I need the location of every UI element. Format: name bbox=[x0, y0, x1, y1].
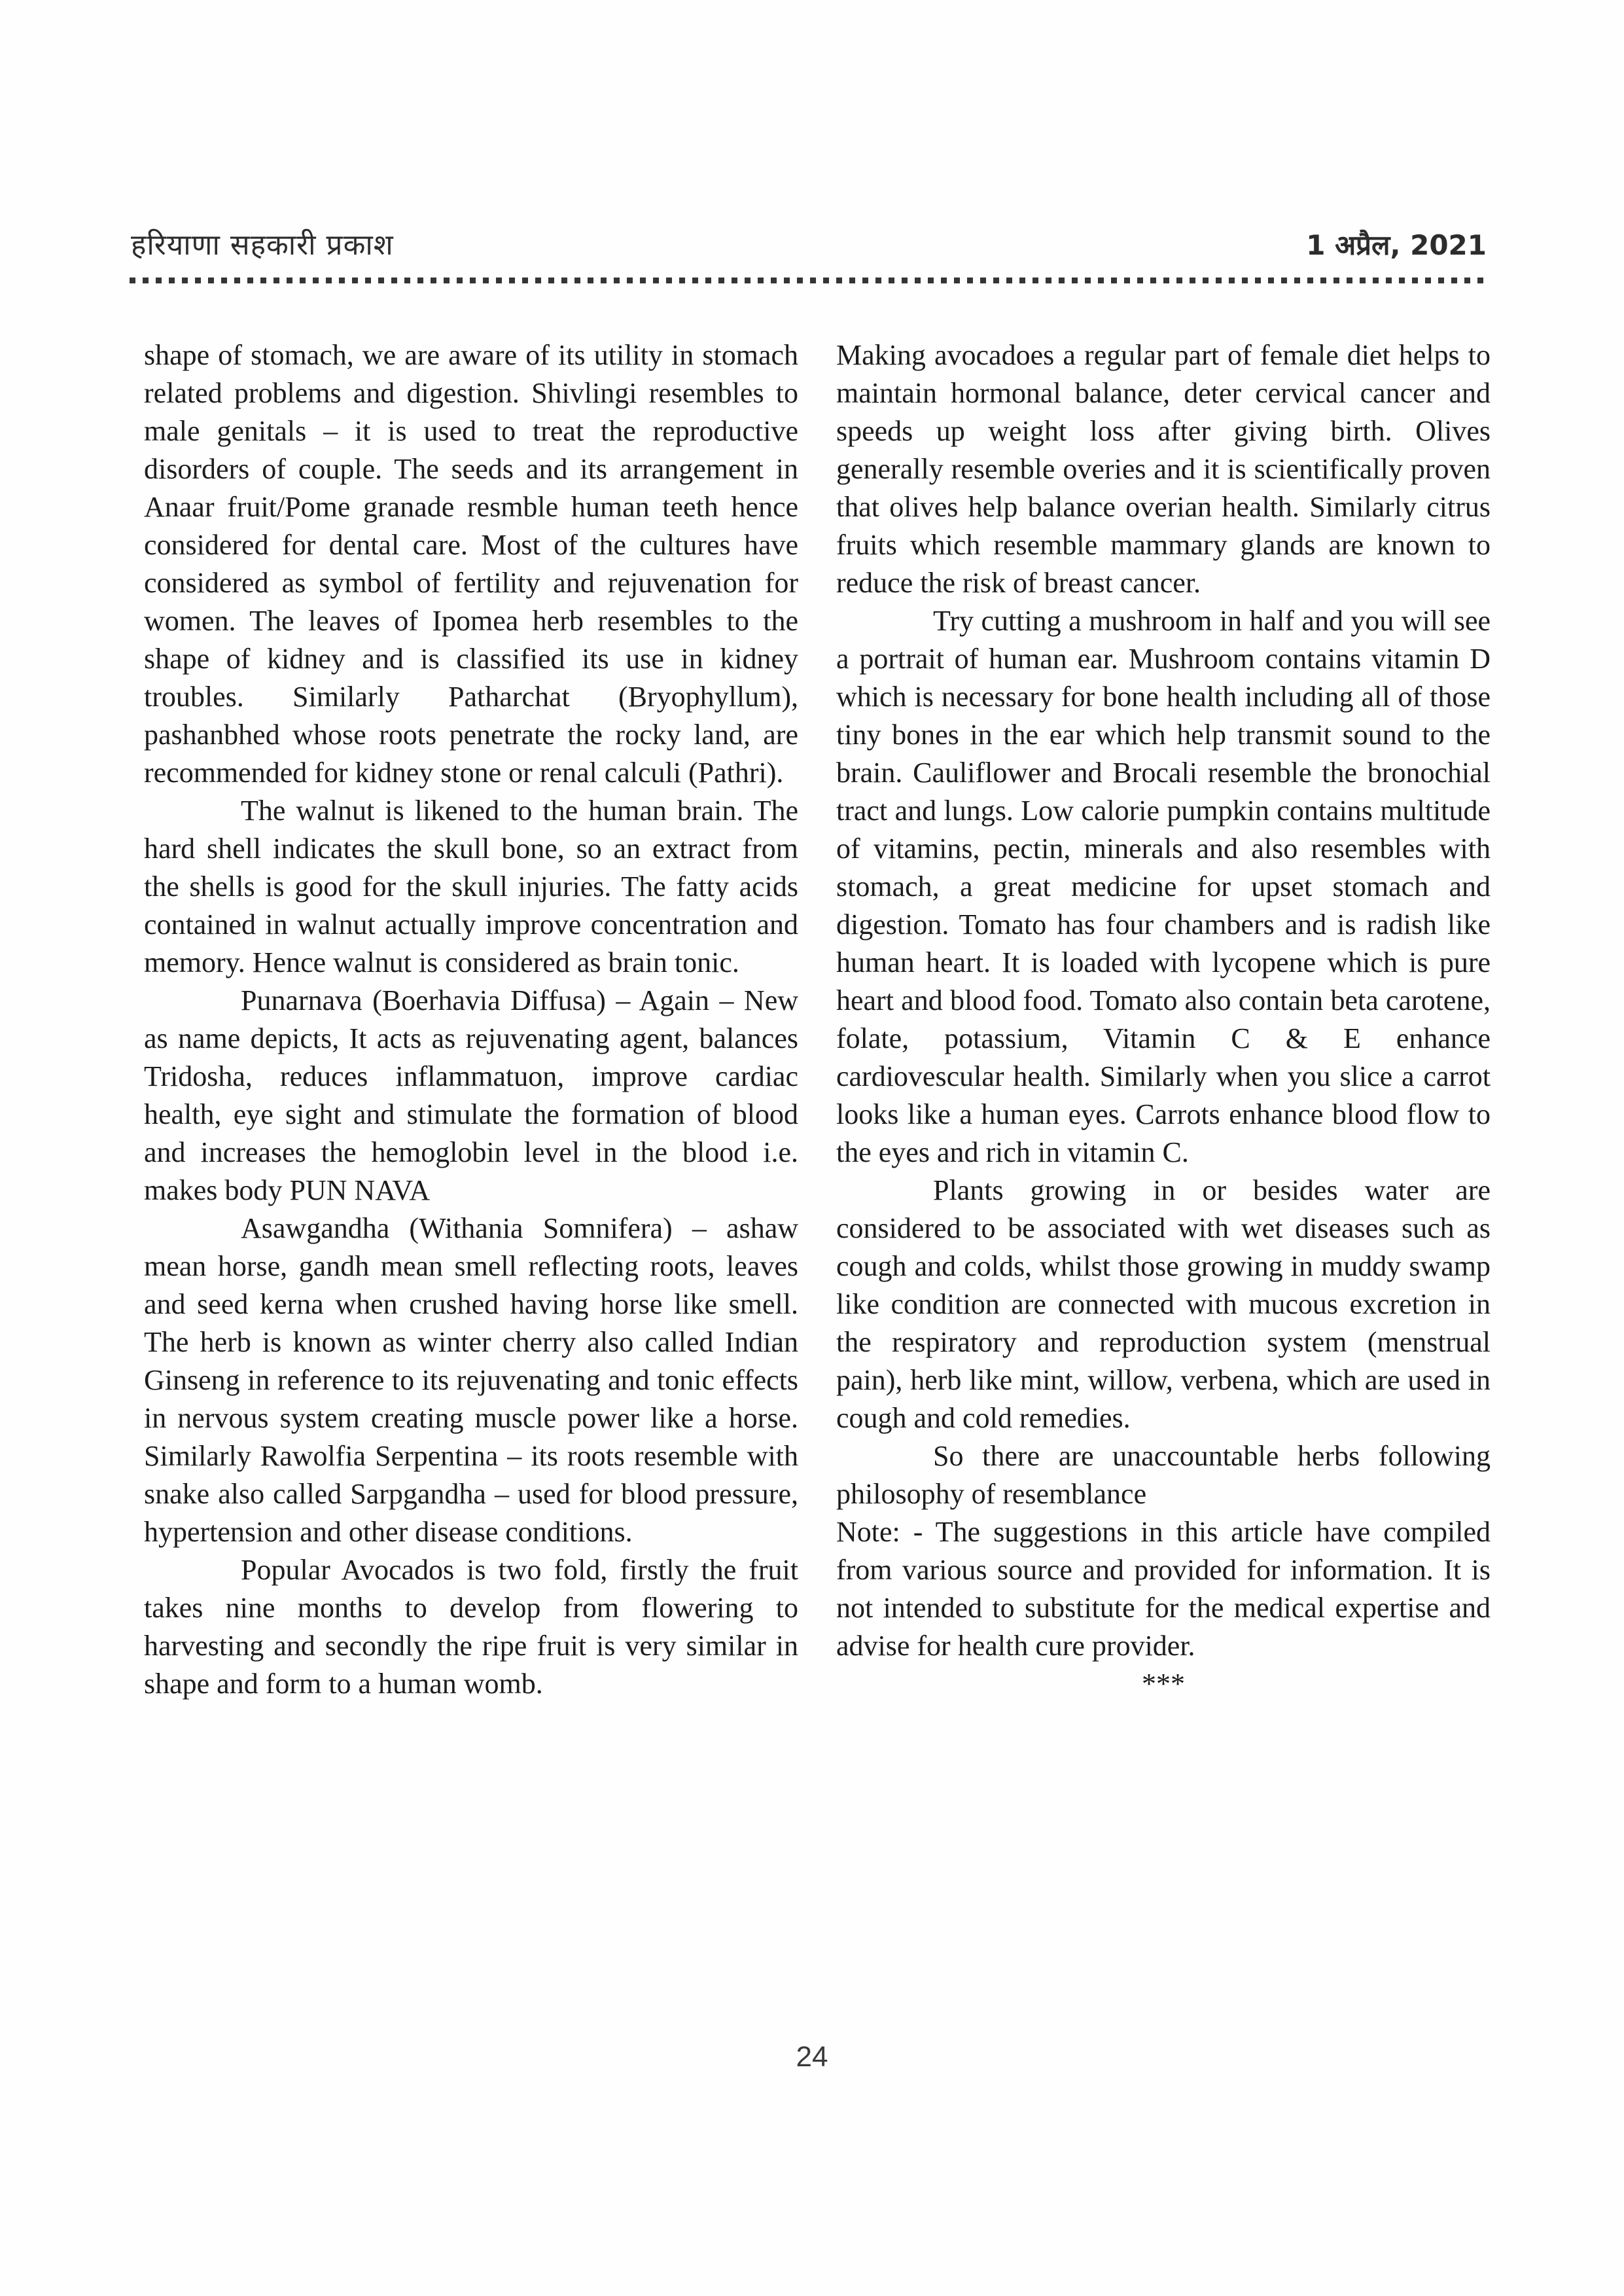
paragraph: The walnut is likened to the human brain… bbox=[144, 792, 798, 982]
paragraph: Punarnava (Boerhavia Diffusa) – Again – … bbox=[144, 982, 798, 1210]
paragraph: Plants growing in or besides water are c… bbox=[836, 1172, 1491, 1437]
page-header: हरियाणा सहकारी प्रकाश 1 अप्रैल, 2021 bbox=[131, 224, 1487, 263]
article-body: shape of stomach, we are aware of its ut… bbox=[144, 336, 1491, 1703]
dotted-divider bbox=[130, 278, 1489, 283]
right-column: Making avocadoes a regular part of femal… bbox=[836, 336, 1491, 1703]
paragraph: Asawgandha (Withania Somnifera) – ashaw … bbox=[144, 1210, 798, 1551]
paragraph: Popular Avocados is two fold, firstly th… bbox=[144, 1551, 798, 1703]
issue-date: 1 अप्रैल, 2021 bbox=[1306, 226, 1487, 263]
paragraph: shape of stomach, we are aware of its ut… bbox=[144, 336, 798, 792]
paragraph: Note: - The suggestions in this article … bbox=[836, 1513, 1491, 1665]
paragraph: So there are unaccountable herbs followi… bbox=[836, 1437, 1491, 1513]
paragraph: Making avocadoes a regular part of femal… bbox=[836, 336, 1491, 602]
page-footer: 24 bbox=[0, 2041, 1624, 2073]
paragraph: Try cutting a mushroom in half and you w… bbox=[836, 602, 1491, 1172]
left-column: shape of stomach, we are aware of its ut… bbox=[144, 336, 798, 1703]
journal-title: हरियाणा सहकारी प्रकाश bbox=[131, 224, 394, 263]
magazine-page: हरियाणा सहकारी प्रकाश 1 अप्रैल, 2021 sha… bbox=[0, 0, 1624, 2296]
paragraph: *** bbox=[836, 1665, 1491, 1703]
page-number: 24 bbox=[796, 2041, 828, 2073]
